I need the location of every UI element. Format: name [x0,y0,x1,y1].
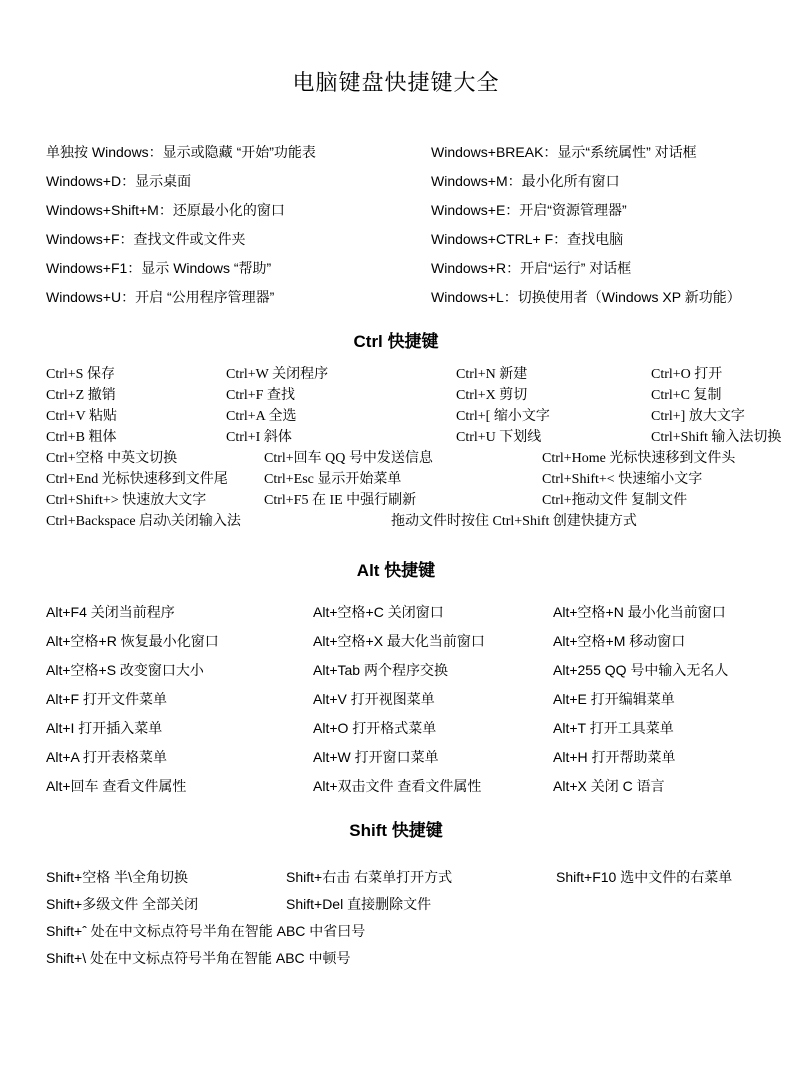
shortcut-item: Ctrl+A 全选 [226,405,456,425]
shortcut-item: Ctrl+Backspace 启动\关闭输入法 [46,510,391,530]
section-heading-alt: Alt 快捷键 [46,556,746,581]
shortcut-item: Alt+V 打开视图菜单 [313,689,553,709]
shortcut-item: Ctrl+S 保存 [46,363,226,383]
shortcut-row: Alt+F4 关闭当前程序 Alt+空格+C 关闭窗口 Alt+空格+N 最小化… [46,597,746,626]
shortcut-item: Ctrl+F 查找 [226,384,456,404]
shortcut-row: Alt+F 打开文件菜单 Alt+V 打开视图菜单 Alt+E 打开编辑菜单 [46,684,746,713]
shortcut-item: Alt+双击文件 查看文件属性 [313,776,553,796]
shortcut-item: Windows+U：开启 “公用程序管理器” [46,287,431,307]
shortcut-row: Windows+F：查找文件或文件夹 Windows+CTRL+ F：查找电脑 [46,224,746,253]
shortcut-row: Windows+D：显示桌面 Windows+M：最小化所有窗口 [46,166,746,195]
shortcut-item: Alt+空格+X 最大化当前窗口 [313,631,553,651]
document-page: 电脑键盘快捷键大全 单独按 Windows：显示或隐藏 “开始”功能表 Wind… [0,0,792,1070]
shortcut-item: Windows+CTRL+ F：查找电脑 [431,229,746,249]
shortcut-row: Ctrl+B 粗体 Ctrl+I 斜体 Ctrl+U 下划线 Ctrl+Shif… [46,425,746,446]
shortcut-item: Ctrl+回车 QQ 号中发送信息 [264,447,542,467]
shortcut-item: Ctrl+拖动文件 复制文件 [542,489,746,509]
shortcut-row: Shift+多级文件 全部关闭 Shift+Del 直接删除文件 [46,890,746,917]
shortcut-row: Shift+ˆ 处在中文标点符号半角在智能 ABC 中省曰号 [46,917,746,944]
shortcut-item: Windows+F1：显示 Windows “帮助” [46,258,431,278]
shortcut-item: Ctrl+Home 光标快速移到文件头 [542,447,746,467]
shortcut-row: Windows+F1：显示 Windows “帮助” Windows+R：开启“… [46,253,746,282]
shortcut-item: Alt+空格+M 移动窗口 [553,631,746,651]
section-heading-ctrl: Ctrl 快捷键 [46,327,746,352]
shortcut-item: Alt+E 打开编辑菜单 [553,689,746,709]
section-windows-shortcuts: 单独按 Windows：显示或隐藏 “开始”功能表 Windows+BREAK：… [46,137,746,311]
shortcut-item: Windows+L：切换使用者（Windows XP 新功能） [431,287,746,307]
shortcut-item: Alt+空格+C 关闭窗口 [313,602,553,622]
shortcut-item: Windows+E：开启“资源管理器” [431,200,746,220]
shortcut-item: Shift+右击 右菜单打开方式 [286,867,556,887]
shortcut-row: Windows+U：开启 “公用程序管理器” Windows+L：切换使用者（W… [46,282,746,311]
shortcut-row: Ctrl+Z 撤销 Ctrl+F 查找 Ctrl+X 剪切 Ctrl+C 复制 [46,383,746,404]
shortcut-row: Shift+空格 半\全角切换 Shift+右击 右菜单打开方式 Shift+F… [46,863,746,890]
shortcut-row: Alt+I 打开插入菜单 Alt+O 打开格式菜单 Alt+T 打开工具菜单 [46,713,746,742]
shortcut-row: Ctrl+V 粘贴 Ctrl+A 全选 Ctrl+[ 缩小文字 Ctrl+] 放… [46,404,746,425]
shortcut-item: Ctrl+O 打开 [651,363,746,383]
shortcut-item: Ctrl+X 剪切 [456,384,651,404]
shortcut-item: Ctrl+] 放大文字 [651,405,746,425]
shortcut-item: Shift+Del 直接删除文件 [286,894,556,914]
shortcut-item: Shift+F10 选中文件的右菜单 [556,867,746,887]
shortcut-item: Alt+F 打开文件菜单 [46,689,313,709]
shortcut-item: Windows+M：最小化所有窗口 [431,171,746,191]
shortcut-row: Alt+空格+R 恢复最小化窗口 Alt+空格+X 最大化当前窗口 Alt+空格… [46,626,746,655]
shortcut-row: 单独按 Windows：显示或隐藏 “开始”功能表 Windows+BREAK：… [46,137,746,166]
shortcut-item: Alt+回车 查看文件属性 [46,776,313,796]
shortcut-item: Ctrl+[ 缩小文字 [456,405,651,425]
shortcut-item: Alt+255 QQ 号中输入无名人 [553,660,746,680]
shortcut-item: Alt+F4 关闭当前程序 [46,602,313,622]
shortcut-item: Ctrl+F5 在 IE 中强行刷新 [264,489,542,509]
shortcut-item: Ctrl+空格 中英文切换 [46,447,264,467]
shortcut-item: Windows+Shift+M：还原最小化的窗口 [46,200,431,220]
shortcut-item: Ctrl+End 光标快速移到文件尾 [46,468,264,488]
shortcut-item: Ctrl+C 复制 [651,384,746,404]
shortcut-item: Alt+空格+N 最小化当前窗口 [553,602,746,622]
shortcut-row: Alt+空格+S 改变窗口大小 Alt+Tab 两个程序交换 Alt+255 Q… [46,655,746,684]
shortcut-item: Alt+W 打开窗口菜单 [313,747,553,767]
shortcut-item: Alt+空格+S 改变窗口大小 [46,660,313,680]
shortcut-item: 拖动文件时按住 Ctrl+Shift 创建快捷方式 [391,510,746,530]
shortcut-item: Alt+X 关闭 C 语言 [553,776,746,796]
shortcut-item: Ctrl+V 粘贴 [46,405,226,425]
shortcut-row: Alt+A 打开表格菜单 Alt+W 打开窗口菜单 Alt+H 打开帮助菜单 [46,742,746,771]
shortcut-item: Ctrl+Shift+< 快速缩小文字 [542,468,746,488]
shortcut-item: Ctrl+Shift+> 快速放大文字 [46,489,264,509]
shortcut-item: Ctrl+U 下划线 [456,426,651,446]
shortcut-item: Alt+空格+R 恢复最小化窗口 [46,631,313,651]
shortcut-item: 单独按 Windows：显示或隐藏 “开始”功能表 [46,142,431,162]
shortcut-row: Alt+回车 查看文件属性 Alt+双击文件 查看文件属性 Alt+X 关闭 C… [46,771,746,800]
section-shift-shortcuts: Shift+空格 半\全角切换 Shift+右击 右菜单打开方式 Shift+F… [46,863,746,971]
shortcut-item: Windows+BREAK：显示“系统属性” 对话框 [431,142,746,162]
shortcut-item: Alt+I 打开插入菜单 [46,718,313,738]
shortcut-row: Ctrl+Backspace 启动\关闭输入法 拖动文件时按住 Ctrl+Shi… [46,509,746,530]
section-heading-shift: Shift 快捷键 [46,816,746,841]
section-alt-shortcuts: Alt+F4 关闭当前程序 Alt+空格+C 关闭窗口 Alt+空格+N 最小化… [46,597,746,800]
shortcut-item: Ctrl+B 粗体 [46,426,226,446]
shortcut-item: Alt+Tab 两个程序交换 [313,660,553,680]
shortcut-item: Alt+A 打开表格菜单 [46,747,313,767]
shortcut-item: Ctrl+W 关闭程序 [226,363,456,383]
shortcut-item: Ctrl+Z 撤销 [46,384,226,404]
page-title: 电脑键盘快捷键大全 [0,0,792,97]
shortcut-row: Windows+Shift+M：还原最小化的窗口 Windows+E：开启“资源… [46,195,746,224]
shortcut-row: Ctrl+End 光标快速移到文件尾 Ctrl+Esc 显示开始菜单 Ctrl+… [46,467,746,488]
shortcut-row: Ctrl+空格 中英文切换 Ctrl+回车 QQ 号中发送信息 Ctrl+Hom… [46,446,746,467]
shortcut-row: Ctrl+S 保存 Ctrl+W 关闭程序 Ctrl+N 新建 Ctrl+O 打… [46,362,746,383]
shortcut-item: Ctrl+N 新建 [456,363,651,383]
shortcut-item: Alt+H 打开帮助菜单 [553,747,746,767]
shortcut-item: Ctrl+Shift 输入法切换 [651,426,781,446]
shortcut-item: Alt+O 打开格式菜单 [313,718,553,738]
shortcut-item: Shift+空格 半\全角切换 [46,867,286,887]
shortcut-item: Windows+R：开启“运行” 对话框 [431,258,746,278]
shortcut-item: Alt+T 打开工具菜单 [553,718,746,738]
shortcut-item: Shift+\ 处在中文标点符号半角在智能 ABC 中顿号 [46,948,746,968]
shortcut-item: Shift+多级文件 全部关闭 [46,894,286,914]
shortcut-item: Shift+ˆ 处在中文标点符号半角在智能 ABC 中省曰号 [46,921,746,941]
section-ctrl-shortcuts: Ctrl+S 保存 Ctrl+W 关闭程序 Ctrl+N 新建 Ctrl+O 打… [46,362,746,530]
shortcut-item: Windows+D：显示桌面 [46,171,431,191]
shortcut-item: Ctrl+Esc 显示开始菜单 [264,468,542,488]
shortcut-item: Windows+F：查找文件或文件夹 [46,229,431,249]
document-content: 单独按 Windows：显示或隐藏 “开始”功能表 Windows+BREAK：… [0,137,792,971]
shortcut-row: Ctrl+Shift+> 快速放大文字 Ctrl+F5 在 IE 中强行刷新 C… [46,488,746,509]
shortcut-item: Ctrl+I 斜体 [226,426,456,446]
shortcut-row: Shift+\ 处在中文标点符号半角在智能 ABC 中顿号 [46,944,746,971]
